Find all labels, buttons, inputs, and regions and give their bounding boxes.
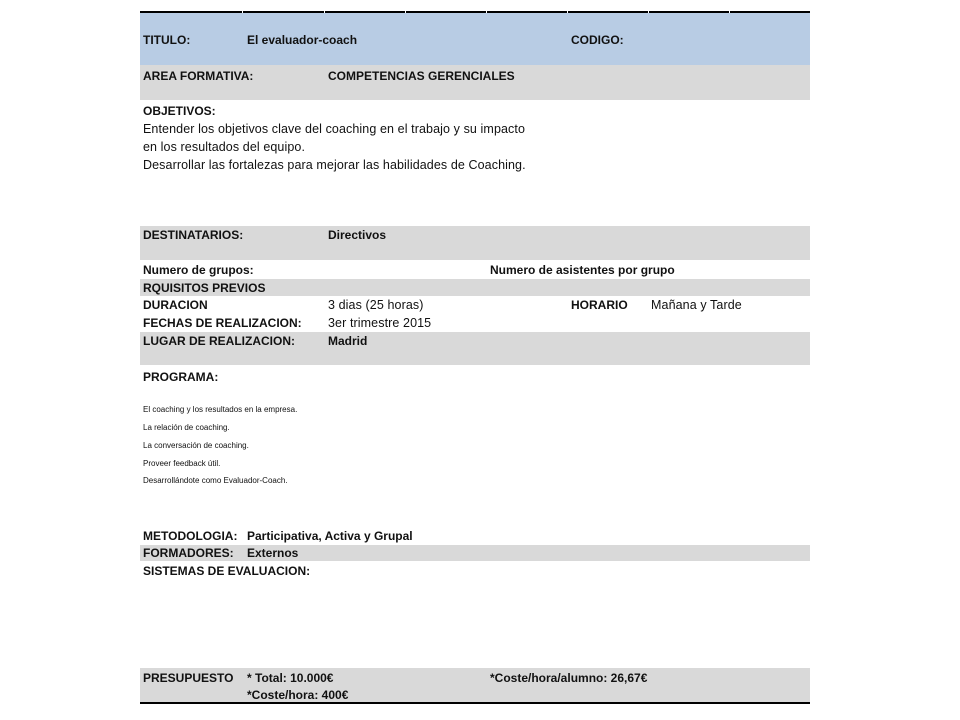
objetivos-line: en los resultados del equipo. <box>143 140 305 155</box>
fechas-label: FECHAS DE REALIZACION: <box>143 316 302 331</box>
bottom-rule <box>140 702 810 704</box>
presupuesto-band <box>140 668 810 702</box>
objetivos-line: Entender los objetivos clave del coachin… <box>143 122 525 137</box>
metodologia-value: Participativa, Activa y Grupal <box>247 529 413 544</box>
objetivos-label: OBJETIVOS: <box>143 104 216 119</box>
formadores-value: Externos <box>247 546 298 561</box>
destinatarios-value: Directivos <box>328 228 386 243</box>
fechas-value: 3er trimestre 2015 <box>328 316 431 331</box>
evaluacion-label: SISTEMAS DE EVALUACION: <box>143 564 310 579</box>
area-label: AREA FORMATIVA: <box>143 69 253 84</box>
programa-item: La conversación de coaching. <box>143 441 249 451</box>
formadores-label: FORMADORES: <box>143 546 234 561</box>
presupuesto-total: * Total: 10.000€ <box>247 671 333 686</box>
programa-item: El coaching y los resultados en la empre… <box>143 405 297 415</box>
asistentes-label: Numero de asistentes por grupo <box>490 263 675 278</box>
titulo-label: TITULO: <box>143 33 190 48</box>
programa-item: La relación de coaching. <box>143 423 230 433</box>
destinatarios-label: DESTINATARIOS: <box>143 228 243 243</box>
objetivos-line: Desarrollar las fortalezas para mejorar … <box>143 158 526 173</box>
requisitos-label: RQUISITOS PREVIOS <box>143 281 265 296</box>
programa-item: Desarrollándote como Evaluador-Coach. <box>143 476 288 486</box>
grupos-label: Numero de grupos: <box>143 263 254 278</box>
duracion-label: DURACION <box>143 298 208 313</box>
presupuesto-coste-hora: *Coste/hora: 400€ <box>247 688 348 703</box>
programa-label: PROGRAMA: <box>143 370 218 385</box>
titulo-value: El evaluador-coach <box>247 33 357 48</box>
lugar-label: LUGAR DE REALIZACION: <box>143 334 295 349</box>
horario-label: HORARIO <box>571 298 628 313</box>
area-value: COMPETENCIAS GERENCIALES <box>328 69 515 84</box>
horario-value: Mañana y Tarde <box>651 298 742 313</box>
course-sheet: TITULO: El evaluador-coach CODIGO: AREA … <box>140 0 810 720</box>
metodologia-label: METODOLOGIA: <box>143 529 237 544</box>
formadores-band <box>140 545 810 561</box>
codigo-label: CODIGO: <box>571 33 624 48</box>
programa-item: Proveer feedback útil. <box>143 459 220 469</box>
duracion-value: 3 dias (25 horas) <box>328 298 424 313</box>
header-band <box>140 13 810 65</box>
presupuesto-label: PRESUPUESTO <box>143 671 233 686</box>
presupuesto-coste-hora-alumno: *Coste/hora/alumno: 26,67€ <box>490 671 647 686</box>
lugar-value: Madrid <box>328 334 367 349</box>
